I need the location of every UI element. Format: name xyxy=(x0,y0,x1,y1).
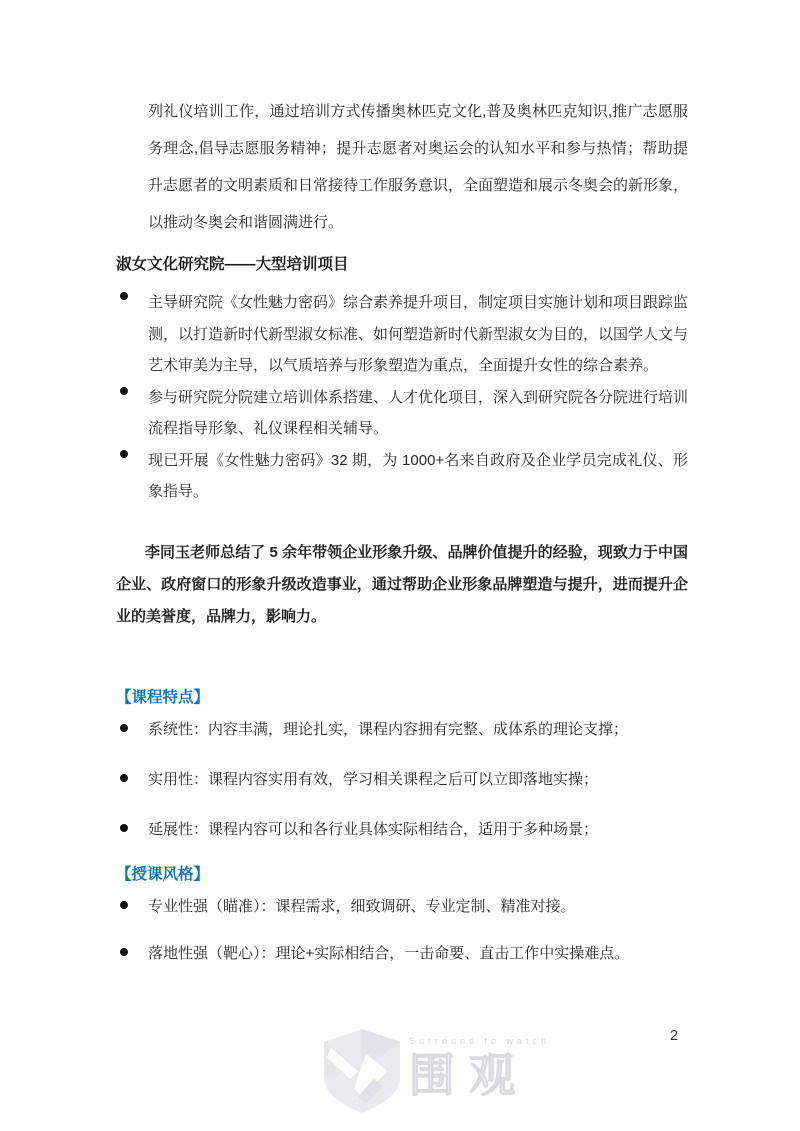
list-item-text: 系统性：内容丰满，理论扎实，课程内容拥有完整、成体系的理论支撑； xyxy=(148,721,628,738)
list-item: 专业性强（瞄准）：课程需求，细致调研、专业定制、精准对接。 xyxy=(116,896,688,917)
list-item: 实用性：课程内容实用有效，学习相关课程之后可以立即落地实操； xyxy=(116,769,688,790)
lady-institute-bullet-list: 主导研究院《女性魅力密码》综合素养提升项目，制定项目实施计划和项目跟踪监测，以打… xyxy=(116,287,688,508)
section-heading-lady-institute: 淑女文化研究院——大型培训项目 xyxy=(116,252,688,274)
section-heading-course-features: 【课程特点】 xyxy=(116,685,688,707)
list-item-text: 主导研究院《女性魅力密码》综合素养提升项目，制定项目实施计划和项目跟踪监测，以打… xyxy=(148,294,688,374)
intro-paragraph: 列礼仪培训工作，通过培训方式传播奥林匹克文化,普及奥林匹克知识,推广志愿服务理念… xyxy=(116,93,688,241)
shield-logo-icon xyxy=(323,1028,401,1114)
list-item-text: 落地性强（靶心）：理论+实际相结合，一击命要、直击工作中实操难点。 xyxy=(148,945,629,962)
list-item-text: 专业性强（瞄准）：课程需求，细致调研、专业定制、精准对接。 xyxy=(148,898,576,915)
list-item: 主导研究院《女性魅力密码》综合素养提升项目，制定项目实施计划和项目跟踪监测，以打… xyxy=(116,287,688,382)
page-number: 2 xyxy=(662,1028,686,1044)
list-item: 系统性：内容丰满，理论扎实，课程内容拥有完整、成体系的理论支撑； xyxy=(116,719,688,740)
list-item-text: 现已开展《女性魅力密码》32 期，为 1000+名来自政府及企业学员完成礼仪、形… xyxy=(148,452,688,501)
watermark: Surround to watch 围观 xyxy=(323,1028,523,1118)
bullet-icon xyxy=(120,948,128,956)
document-page: 列礼仪培训工作，通过培训方式传播奥林匹克文化,普及奥林匹克知识,推广志愿服务理念… xyxy=(0,0,800,1131)
bullet-icon xyxy=(120,450,128,458)
course-features-list: 系统性：内容丰满，理论扎实，课程内容拥有完整、成体系的理论支撑； 实用性：课程内… xyxy=(116,719,688,869)
bullet-icon xyxy=(120,724,128,732)
list-item: 参与研究院分院建立培训体系搭建、人才优化项目，深入到研究院各分院进行培训流程指导… xyxy=(116,382,688,445)
list-item-text: 延展性：课程内容可以和各行业具体实际相结合，适用于多种场景； xyxy=(148,821,598,838)
bullet-icon xyxy=(120,292,128,300)
bullet-icon xyxy=(120,387,128,395)
list-item-text: 实用性：课程内容实用有效，学习相关课程之后可以立即落地实操； xyxy=(148,771,598,788)
watermark-text-group: Surround to watch 围观 xyxy=(409,1028,550,1100)
list-item-text: 参与研究院分院建立培训体系搭建、人才优化项目，深入到研究院各分院进行培训流程指导… xyxy=(148,389,688,438)
bullet-icon xyxy=(120,774,128,782)
list-item: 现已开展《女性魅力密码》32 期，为 1000+名来自政府及企业学员完成礼仪、形… xyxy=(116,445,688,508)
teacher-summary-paragraph: 李同玉老师总结了 5 余年带领企业形象升级、品牌价值提升的经验，现致力于中国企业… xyxy=(116,537,688,633)
list-item: 落地性强（靶心）：理论+实际相结合，一击命要、直击工作中实操难点。 xyxy=(116,943,688,964)
bullet-icon xyxy=(120,901,128,909)
watermark-brand: 围观 xyxy=(409,1050,550,1100)
section-heading-teaching-style: 【授课风格】 xyxy=(116,862,688,884)
teaching-style-list: 专业性强（瞄准）：课程需求，细致调研、专业定制、精准对接。 落地性强（靶心）：理… xyxy=(116,896,688,990)
watermark-slogan: Surround to watch xyxy=(409,1036,550,1046)
bullet-icon xyxy=(120,824,128,832)
list-item: 延展性：课程内容可以和各行业具体实际相结合，适用于多种场景； xyxy=(116,819,688,840)
